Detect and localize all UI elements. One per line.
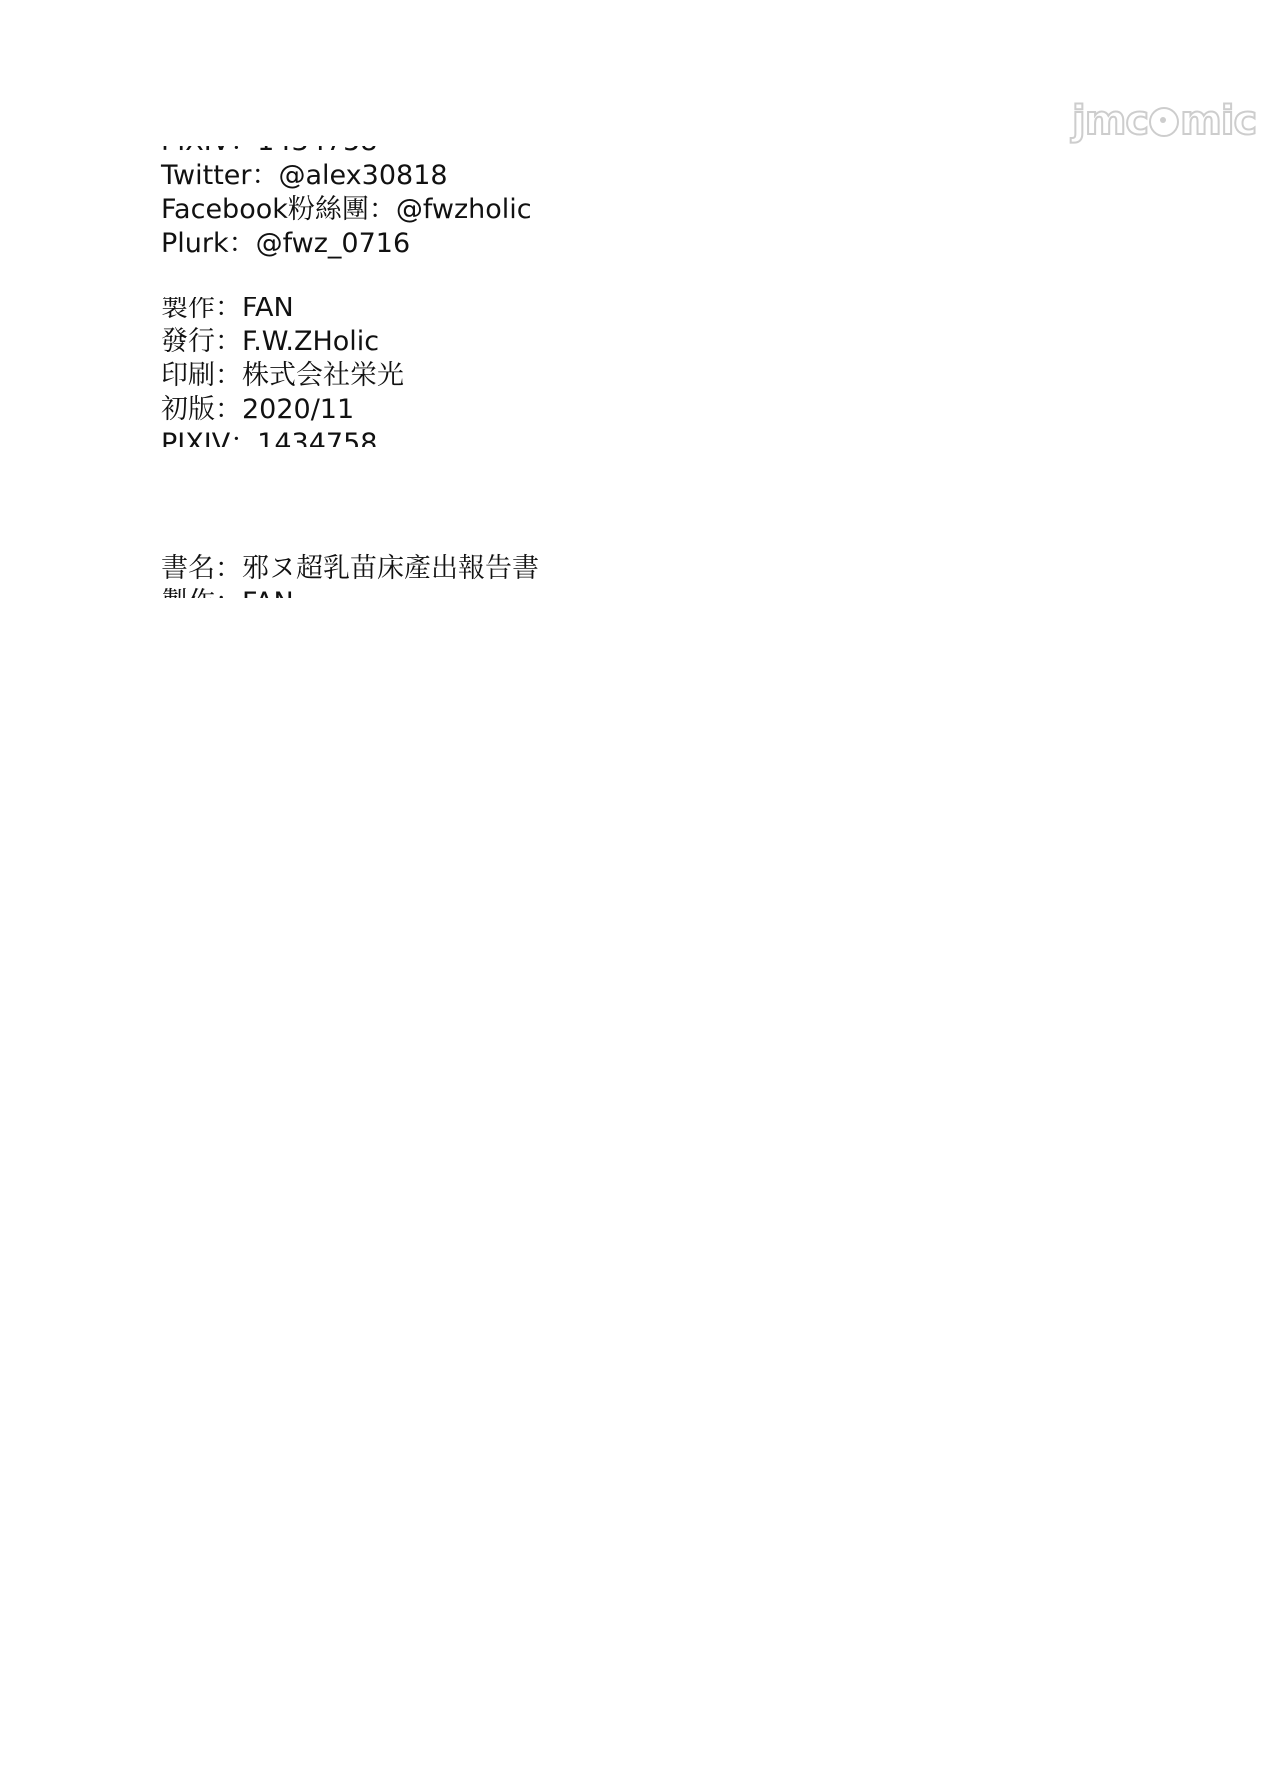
credit-line-printer: 印刷：株式会社栄光 — [161, 359, 404, 393]
credits-strip-publication: 製作：FAN 發行：F.W.ZHolic 印刷：株式会社栄光 初版：2020/1… — [0, 297, 1280, 447]
credit-line-twitter: Twitter：@alex30818 — [161, 159, 448, 193]
credits-strip-title: 書名：邪ヌ超乳苗床產出報告書 製作：FAN — [0, 548, 1280, 598]
credit-line-facebook: Facebook粉絲團：@fwzholic — [161, 193, 532, 227]
credit-line-production: 製作：FAN — [161, 297, 294, 325]
watermark-text-left: jmc — [1072, 98, 1148, 144]
credit-line-pixiv: PIXIV：1434758 — [161, 427, 377, 447]
credit-line-production: 製作：FAN — [161, 586, 294, 598]
jmcomic-watermark-logo: jmcmic — [1072, 98, 1272, 144]
watermark-mascot-icon — [1149, 107, 1179, 137]
credit-line-first-edition: 初版：2020/11 — [161, 393, 354, 427]
credit-line-book-title: 書名：邪ヌ超乳苗床產出報告書 — [161, 552, 539, 586]
credit-line-pixiv: PIXIV：1434758 — [161, 146, 377, 159]
credits-strip-contacts: PIXIV：1434758 Twitter：@alex30818 Faceboo… — [0, 146, 1280, 270]
watermark-text-right: mic — [1180, 98, 1256, 144]
credit-line-plurk: Plurk：@fwz_0716 — [161, 227, 410, 261]
credit-line-publisher: 發行：F.W.ZHolic — [161, 325, 379, 359]
